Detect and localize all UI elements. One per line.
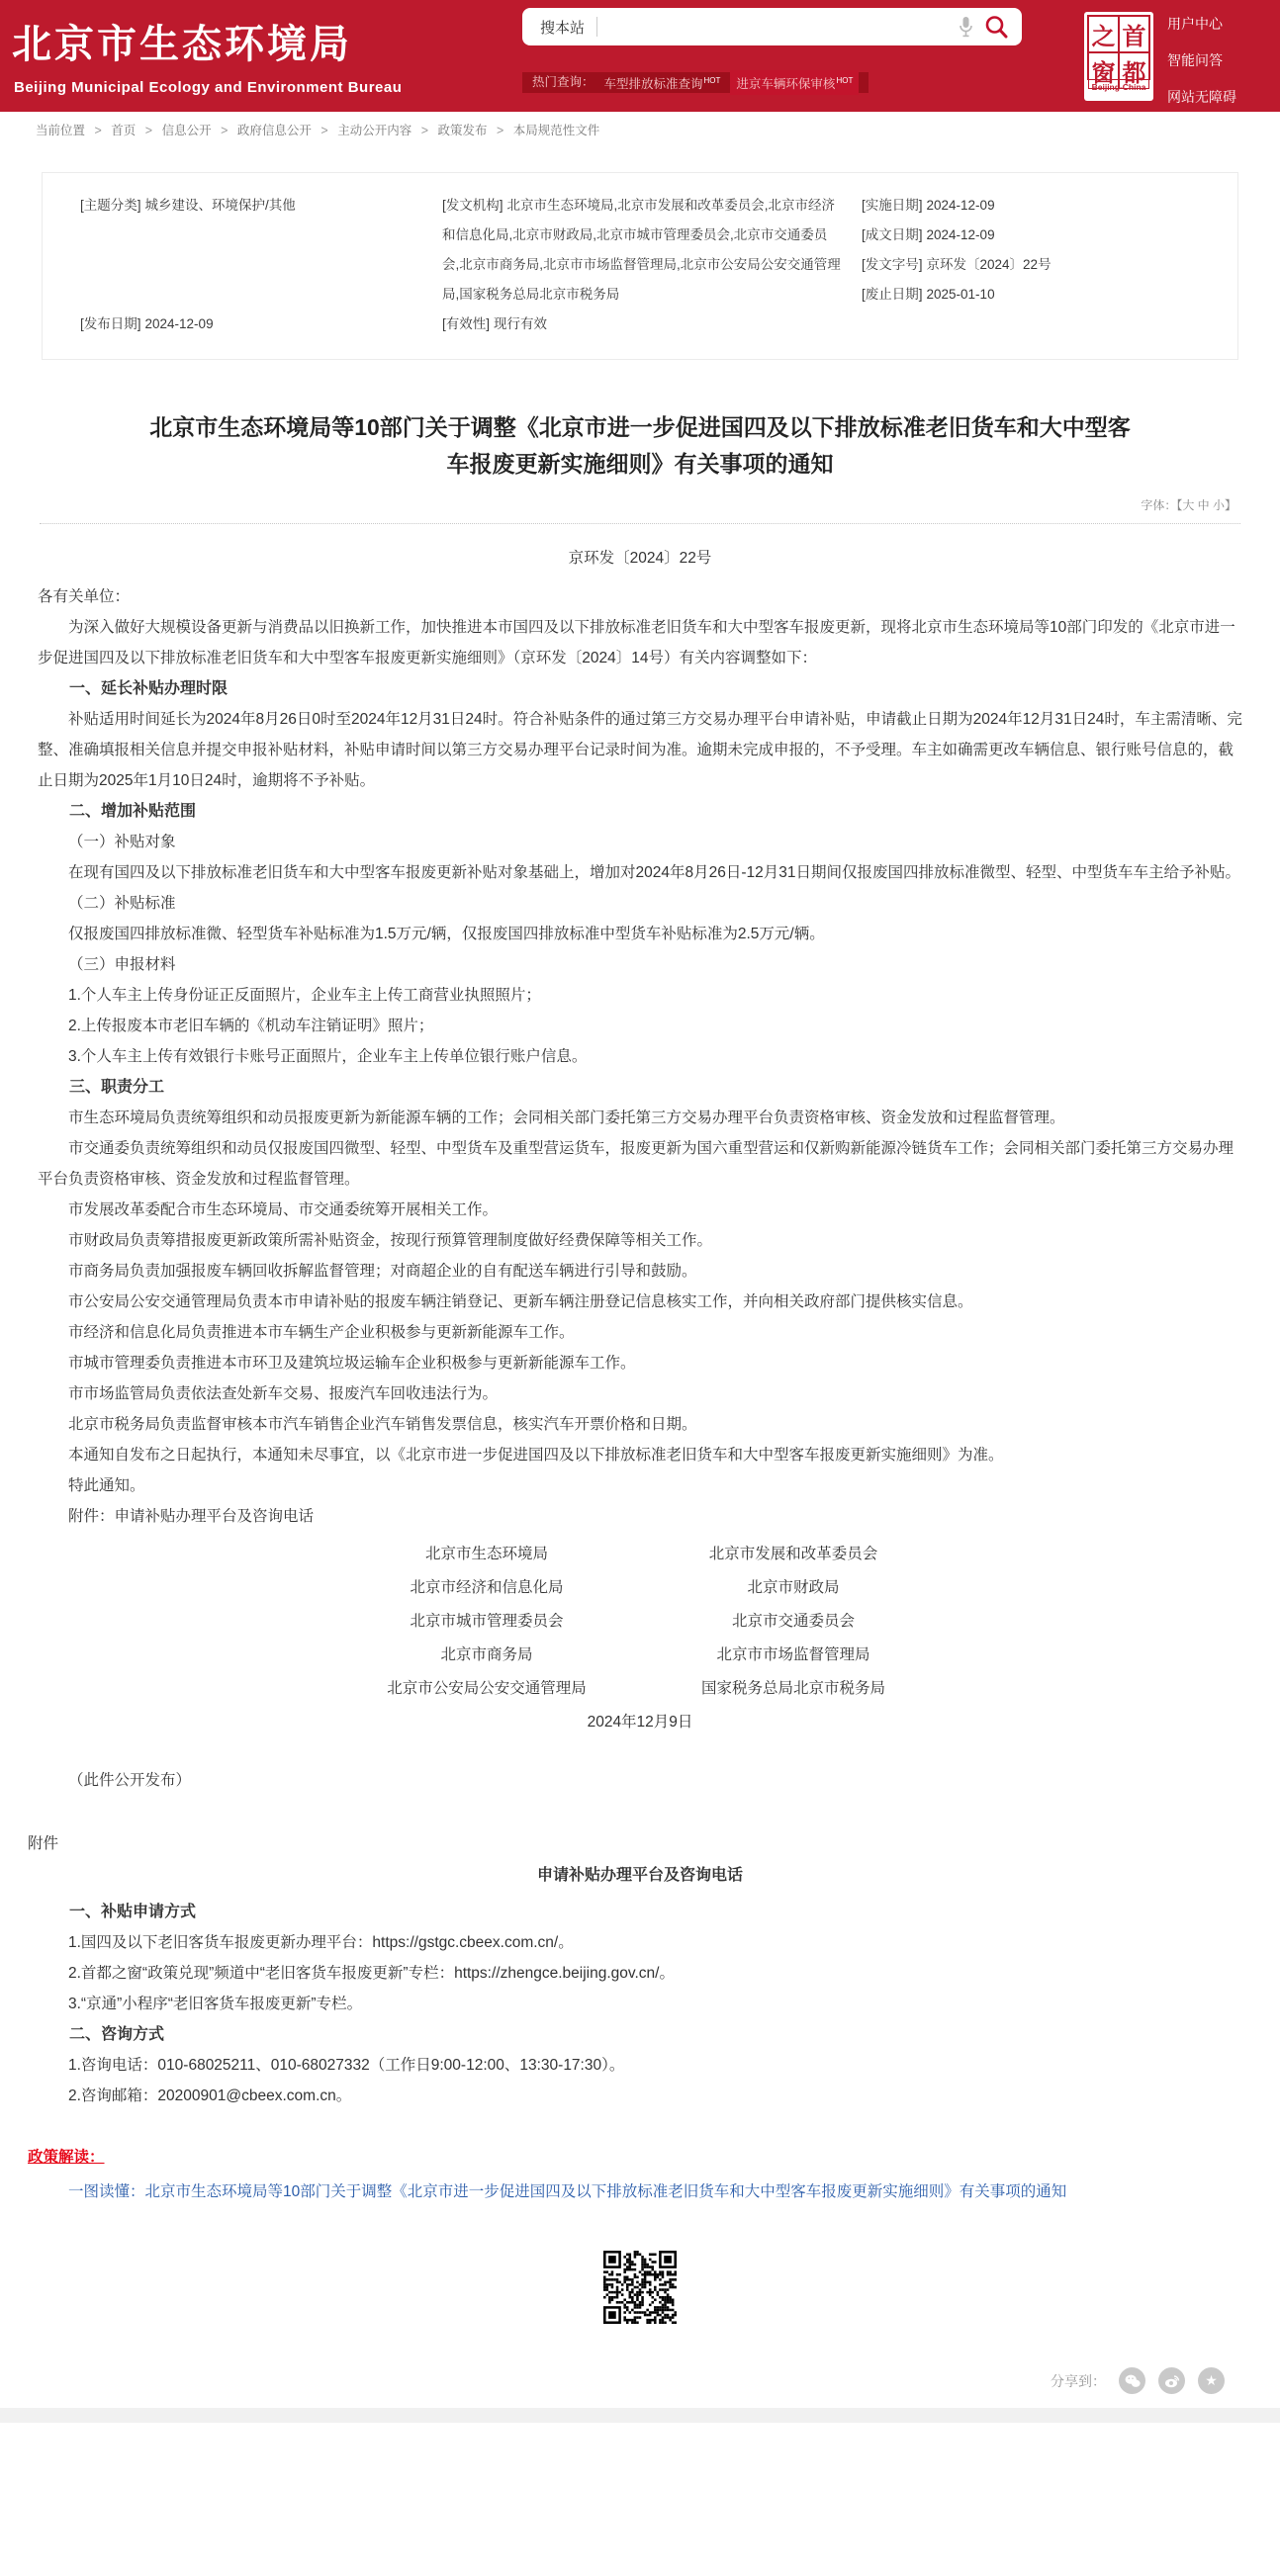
meta-issuer: [发文机构]北京市生态环境局,北京市发展和改革委员会,北京市经济和信息化局,北京… bbox=[442, 191, 862, 310]
signature-row: 北京市商务局北京市市场监督管理局 bbox=[38, 1639, 1242, 1672]
signature-agency: 北京市市场监督管理局 bbox=[640, 1639, 947, 1672]
search-input[interactable] bbox=[609, 12, 959, 42]
section-heading-3: 三、职责分工 bbox=[38, 1072, 1242, 1103]
attachment-line: 1.咨询电话：010-68025211、010-68027332（工作日9:00… bbox=[38, 2050, 1242, 2081]
search-icon[interactable] bbox=[983, 14, 1010, 41]
bottom-strip bbox=[0, 2408, 1280, 2423]
attachment-heading: 二、咨询方式 bbox=[38, 2019, 1242, 2050]
share-row: 分享到： ★ bbox=[38, 2367, 1225, 2394]
meta-implement-date-value: 2024-12-09 bbox=[927, 198, 995, 213]
share-label: 分享到： bbox=[1051, 2371, 1106, 2391]
main-content: [主题分类]城乡建设、环境保护/其他 [发文机构]北京市生态环境局,北京市发展和… bbox=[0, 172, 1280, 2394]
breadcrumb-active-disclosure[interactable]: 主动公开内容 bbox=[337, 124, 411, 137]
paragraph: 1.个人车主上传身份证正反面照片，企业车主上传工商营业执照照片； bbox=[38, 980, 1242, 1011]
attachment-line: 2.咨询邮箱：20200901@cbeex.com.cn。 bbox=[38, 2081, 1242, 2111]
paragraph: 市商务局负责加强报废车辆回收拆解监督管理；对商超企业的自有配送车辆进行引导和鼓励… bbox=[38, 1256, 1242, 1287]
paragraph: 市公安局公安交通管理局负责本市申请补贴的报废车辆注销登记、更新车辆注册登记信息核… bbox=[38, 1287, 1242, 1317]
capital-window-logo[interactable]: 之 首 窗 都 Beijing-China bbox=[1084, 12, 1153, 101]
signature-row: 北京市生态环境局北京市发展和改革委员会 bbox=[38, 1538, 1242, 1571]
attachment-heading: 一、补贴申请方式 bbox=[38, 1897, 1242, 1927]
paragraph: 市财政局负责筹措报废更新政策所需补贴资金，按现行预算管理制度做好经费保障等相关工… bbox=[38, 1225, 1242, 1256]
microphone-icon[interactable] bbox=[959, 16, 973, 38]
document-number: 京环发〔2024〕22号 bbox=[38, 546, 1242, 568]
breadcrumb-separator: > bbox=[95, 124, 102, 137]
paragraph: 2.上传报废本市老旧车辆的《机动车注销证明》照片； bbox=[38, 1011, 1242, 1041]
paragraph: 市交通委负责统筹组织和动员仅报废国四微型、轻型、中型货车及重型营运货车，报废更新… bbox=[38, 1133, 1242, 1195]
breadcrumb-info-disclosure[interactable]: 信息公开 bbox=[162, 124, 212, 137]
attachment-line: 3.“京通”小程序“老旧客货车报废更新”专栏。 bbox=[38, 1989, 1242, 2019]
attachment-line: 2.首都之窗“政策兑现”频道中“老旧客货车报废更新”专栏：https://zhe… bbox=[38, 1958, 1242, 1989]
signature-agency: 北京市城市管理委员会 bbox=[333, 1605, 640, 1639]
font-size-label: 字体： bbox=[1141, 498, 1176, 512]
meta-publish-date-value: 2024-12-09 bbox=[145, 316, 214, 331]
breadcrumb-policy-release[interactable]: 政策发布 bbox=[437, 124, 487, 137]
breadcrumb-separator: > bbox=[497, 124, 503, 137]
logo-grid: 之 首 窗 都 bbox=[1087, 15, 1150, 80]
attachment-line: 1.国四及以下老旧客货车报废更新办理平台：https://gstgc.cbeex… bbox=[38, 1927, 1242, 1958]
meta-implement-date-label: [实施日期] bbox=[862, 198, 923, 213]
search-scope-label[interactable]: 搜本站 bbox=[522, 17, 585, 38]
meta-topic: [主题分类]城乡建设、环境保护/其他 bbox=[80, 191, 442, 310]
section-heading-1: 一、延长补贴办理时限 bbox=[38, 673, 1242, 704]
menu-accessibility[interactable]: 网站无障碍 bbox=[1167, 79, 1236, 112]
section-heading-2: 二、增加补贴范围 bbox=[38, 796, 1242, 827]
breadcrumb-normative-docs[interactable]: 本局规范性文件 bbox=[513, 124, 600, 137]
title-divider bbox=[40, 523, 1240, 524]
signature-agency: 国家税务总局北京市税务局 bbox=[640, 1672, 947, 1706]
paragraph: 市发展改革委配合市生态环境局、市交通委统筹开展相关工作。 bbox=[38, 1195, 1242, 1225]
qr-code bbox=[603, 2251, 677, 2324]
signature-agency: 北京市生态环境局 bbox=[333, 1538, 640, 1571]
breadcrumb-gov-info[interactable]: 政府信息公开 bbox=[237, 124, 312, 137]
paragraph: 市生态环境局负责统筹组织和动员报废更新为新能源车辆的工作；会同相关部门委托第三方… bbox=[38, 1103, 1242, 1133]
menu-user-center[interactable]: 用户中心 bbox=[1167, 6, 1236, 43]
meta-empty-cell bbox=[862, 310, 1237, 339]
header-menu: 用户中心 智能问答 网站无障碍 bbox=[1167, 6, 1236, 112]
signature-row: 北京市经济和信息化局北京市财政局 bbox=[38, 1571, 1242, 1605]
page-title: 北京市生态环境局等10部门关于调整《北京市进一步促进国四及以下排放标准老旧货车和… bbox=[140, 409, 1140, 483]
document-body: 各有关单位： 为深入做好大规模设备更新与消费品以旧换新工作，加快推进本市国四及以… bbox=[38, 581, 1242, 1532]
breadcrumb-separator: > bbox=[320, 124, 327, 137]
policy-reading-link[interactable]: 一图读懂：北京市生态环境局等10部门关于调整《北京市进一步促进国四及以下排放标准… bbox=[38, 2176, 1242, 2207]
weibo-icon[interactable] bbox=[1158, 2367, 1185, 2394]
qr-wrap bbox=[38, 2251, 1242, 2324]
sub-heading: （一）补贴对象 bbox=[38, 827, 1242, 857]
logo-char: 之 bbox=[1088, 16, 1119, 52]
meta-doc-number: [发文字号]京环发〔2024〕22号 bbox=[862, 250, 1218, 280]
meta-issuer-value: 北京市生态环境局,北京市发展和改革委员会,北京市经济和信息化局,北京市财政局,北… bbox=[442, 198, 841, 302]
paragraph: 仅报废国四排放标准微、轻型货车补贴标准为1.5万元/辆，仅报废国四排放标准中型货… bbox=[38, 919, 1242, 949]
meta-publish-date: [发布日期]2024-12-09 bbox=[80, 310, 442, 339]
hot-link-text: 进京车辆环保审核 bbox=[736, 77, 835, 91]
search-divider bbox=[596, 17, 597, 37]
breadcrumb-separator: > bbox=[221, 124, 228, 137]
paragraph: 在现有国四及以下排放标准老旧货车和大中型客车报废更新补贴对象基础上，增加对202… bbox=[38, 857, 1242, 888]
meta-written-date-label: [成文日期] bbox=[862, 227, 923, 242]
hot-link-vehicle-emission-query[interactable]: 车型排放标准查询HOT bbox=[604, 70, 721, 95]
policy-reading-label: 政策解读： bbox=[28, 2145, 105, 2167]
signature-agency: 北京市公安局公安交通管理局 bbox=[333, 1672, 640, 1706]
paragraph: 本通知自发布之日起执行，本通知未尽事宜，以《北京市进一步促进国四及以下排放标准老… bbox=[38, 1440, 1242, 1470]
attachment-reference: 附件：申请补贴办理平台及咨询电话 bbox=[38, 1501, 1242, 1532]
site-header: 北京市生态环境局 Beijing Municipal Ecology and E… bbox=[0, 0, 1280, 112]
breadcrumb-separator: > bbox=[421, 124, 428, 137]
paragraph: 市城市管理委负责推进本市环卫及建筑垃圾运输车企业积极参与更新新能源车工作。 bbox=[38, 1348, 1242, 1378]
meta-doc-number-value: 京环发〔2024〕22号 bbox=[927, 257, 1051, 272]
font-size-control: 字体：【大 中 小】 bbox=[38, 496, 1236, 513]
meta-dates: [实施日期]2024-12-09 [成文日期]2024-12-09 [发文字号]… bbox=[862, 191, 1237, 310]
attachment-title: 申请补贴办理平台及咨询电话 bbox=[38, 1859, 1242, 1893]
signature-row: 北京市城市管理委员会北京市交通委员会 bbox=[38, 1605, 1242, 1639]
meta-topic-value: 城乡建设、环境保护/其他 bbox=[145, 198, 296, 213]
meta-implement-date: [实施日期]2024-12-09 bbox=[862, 191, 1218, 221]
font-size-options[interactable]: 【大 中 小】 bbox=[1176, 498, 1236, 512]
signature-agency: 北京市商务局 bbox=[333, 1639, 640, 1672]
meta-validity: [有效性]现行有效 bbox=[442, 310, 862, 339]
document-meta-box: [主题分类]城乡建设、环境保护/其他 [发文机构]北京市生态环境局,北京市发展和… bbox=[42, 172, 1238, 360]
site-title: 北京市生态环境局 bbox=[12, 13, 352, 69]
meta-issuer-label: [发文机构] bbox=[442, 198, 503, 213]
signature-agency: 北京市财政局 bbox=[640, 1571, 947, 1605]
signature-block: 北京市生态环境局北京市发展和改革委员会 北京市经济和信息化局北京市财政局 北京市… bbox=[38, 1538, 1242, 1796]
page: 北京市生态环境局 Beijing Municipal Ecology and E… bbox=[0, 0, 1280, 2423]
wechat-icon[interactable] bbox=[1119, 2367, 1145, 2394]
hot-query-bar: 热门查询： 车型排放标准查询HOT 进京车辆环保审核HOT bbox=[522, 72, 869, 93]
paragraph: 市经济和信息化局负责推进本市车辆生产企业积极参与更新新能源车工作。 bbox=[38, 1317, 1242, 1348]
logo-char: 首 bbox=[1119, 16, 1149, 52]
sub-heading: （二）补贴标准 bbox=[38, 888, 1242, 919]
policy-reading-section: 政策解读： 一图读懂：北京市生态环境局等10部门关于调整《北京市进一步促进国四及… bbox=[38, 2145, 1242, 2207]
menu-smart-qa[interactable]: 智能问答 bbox=[1167, 43, 1236, 79]
signature-row: 北京市公安局公安交通管理局国家税务总局北京市税务局 bbox=[38, 1672, 1242, 1706]
meta-repeal-date-value: 2025-01-10 bbox=[927, 287, 995, 302]
site-search[interactable]: 搜本站 bbox=[522, 8, 1022, 45]
signature-agency: 北京市发展和改革委员会 bbox=[640, 1538, 947, 1571]
paragraph: 3.个人车主上传有效银行卡账号正面照片，企业车主上传单位银行账户信息。 bbox=[38, 1041, 1242, 1072]
attachment-section: 附件 申请补贴办理平台及咨询电话 一、补贴申请方式 1.国四及以下老旧客货车报废… bbox=[38, 1831, 1242, 2111]
hot-link-text: 车型排放标准查询 bbox=[604, 77, 703, 91]
logo-caption: Beijing-China bbox=[1087, 82, 1150, 92]
hot-query-label: 热门查询： bbox=[532, 72, 594, 93]
meta-repeal-date: [废止日期]2025-01-10 bbox=[862, 280, 1218, 310]
hot-link-vehicle-env-review[interactable]: 进京车辆环保审核HOT bbox=[730, 70, 859, 95]
meta-publish-date-label: [发布日期] bbox=[80, 316, 141, 331]
meta-validity-value: 现行有效 bbox=[494, 316, 547, 331]
breadcrumb-separator: > bbox=[145, 124, 152, 137]
meta-doc-number-label: [发文字号] bbox=[862, 257, 923, 272]
site-subtitle: Beijing Municipal Ecology and Environmen… bbox=[14, 79, 402, 96]
meta-repeal-date-label: [废止日期] bbox=[862, 287, 923, 302]
paragraph: 特此通知。 bbox=[38, 1470, 1242, 1501]
meta-written-date: [成文日期]2024-12-09 bbox=[862, 221, 1218, 250]
paragraph: 为深入做好大规模设备更新与消费品以旧换新工作，加快推进本市国四及以下排放标准老旧… bbox=[38, 612, 1242, 673]
signature-agency: 北京市经济和信息化局 bbox=[333, 1571, 640, 1605]
qzone-icon[interactable]: ★ bbox=[1198, 2367, 1225, 2394]
attachment-label: 附件 bbox=[28, 1831, 1242, 1853]
paragraph: 市市场监管局负责依法查处新车交易、报废汽车回收违法行为。 bbox=[38, 1378, 1242, 1409]
sub-heading: （三）申报材料 bbox=[38, 949, 1242, 980]
paragraph: 北京市税务局负责监督审核本市汽车销售企业汽车销售发票信息，核实汽车开票价格和日期… bbox=[38, 1409, 1242, 1440]
salutation: 各有关单位： bbox=[38, 581, 1242, 612]
signature-date: 2024年12月9日 bbox=[38, 1706, 1242, 1739]
public-release-note: （此件公开发布） bbox=[38, 1765, 1242, 1796]
signature-agency: 北京市交通委员会 bbox=[640, 1605, 947, 1639]
hot-badge: HOT bbox=[836, 76, 853, 85]
meta-validity-label: [有效性] bbox=[442, 316, 490, 331]
meta-topic-label: [主题分类] bbox=[80, 198, 141, 213]
meta-written-date-value: 2024-12-09 bbox=[927, 227, 995, 242]
breadcrumb-label: 当前位置 bbox=[36, 124, 85, 137]
hot-badge: HOT bbox=[704, 76, 721, 85]
breadcrumb-home[interactable]: 首页 bbox=[111, 124, 136, 137]
paragraph: 补贴适用时间延长为2024年8月26日0时至2024年12月31日24时。符合补… bbox=[38, 704, 1242, 796]
breadcrumb: 当前位置 > 首页 > 信息公开 > 政府信息公开 > 主动公开内容 > 政策发… bbox=[0, 112, 1280, 146]
